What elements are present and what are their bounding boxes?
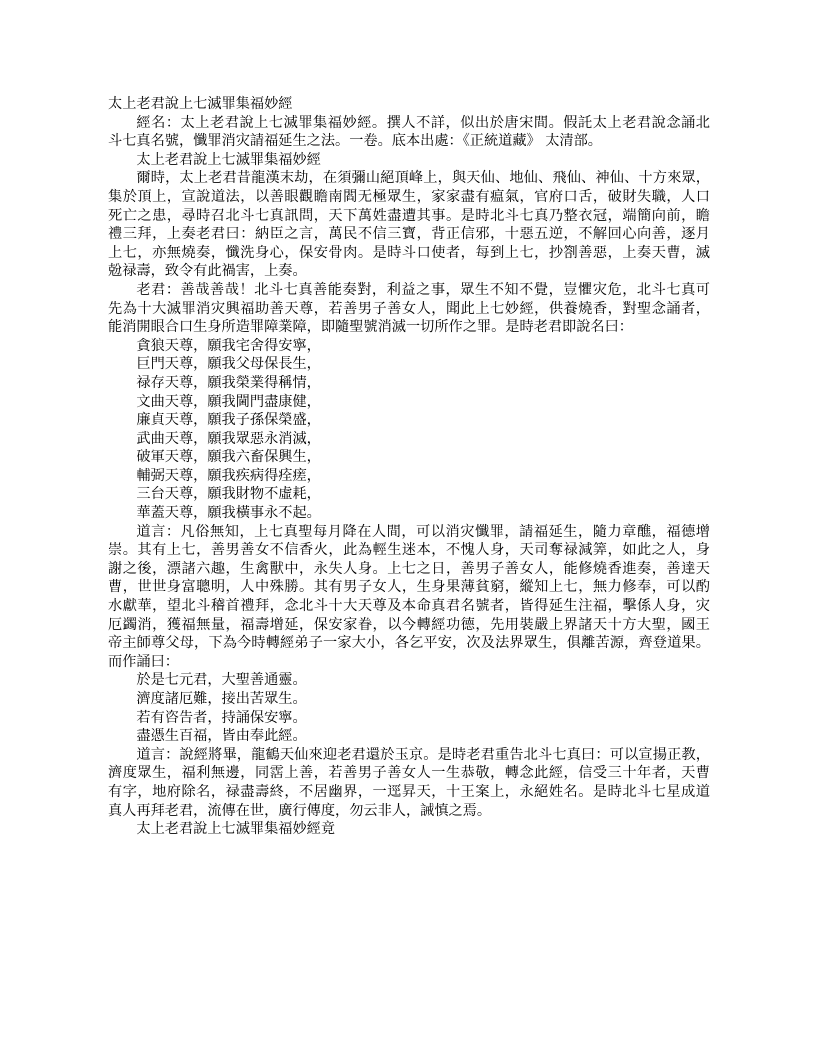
verse-list: 於是七元君，大聖善通靈。 濟度諸厄難，接出苦眾生。 若有咨告者，持誦保安寧。 盡… <box>108 671 710 745</box>
invocation-list: 貪狼天尊，願我宅舍得安寧， 巨門天尊，願我父母保長生， 禄存天尊，願我榮業得稱情… <box>108 337 710 523</box>
p2-line-3: 能消開眼合口生身所造罪障業障，即隨聖號消滅一切所作之罪。是時老君即說名曰： <box>108 318 710 337</box>
closing-title: 太上老君說上七滅罪集福妙經竟 <box>108 820 710 839</box>
invocation-item: 禄存天尊，願我榮業得稱情， <box>108 374 710 393</box>
p3-line-8: 而作誦曰： <box>108 653 710 672</box>
document-subtitle: 太上老君說上七滅罪集福妙經 <box>108 151 710 170</box>
verse-line: 盡憑生百福，皆由奉此經。 <box>108 727 710 746</box>
verse-line: 於是七元君，大聖善通靈。 <box>108 671 710 690</box>
p4-line-4: 真人再拜老君，流傳在世，廣行傳度，勿云非人，誡慎之焉。 <box>108 802 710 821</box>
p1-line-2: 集於頂上，宣說道法，以善眼觀瞻南閻无極眾生，家家盡有瘟氣，官府口舌，破財失職，人… <box>108 188 710 207</box>
invocation-item: 廉貞天尊，願我子孫保榮盛， <box>108 411 710 430</box>
p1-line-4: 禮三拜，上奏老君曰：納臣之言，萬民不信三寶，背正信邪，十惡五逆，不解回心向善，逐… <box>108 225 710 244</box>
p4-line-2: 濟度眾生，福利無邊，同霑上善，若善男子善女人一生恭敬，轉念此經，信受三十年者，天… <box>108 764 710 783</box>
p1-line-3: 死亡之患，尋時召北斗七真訊問，天下萬姓盡遭其事。是時北斗七真乃整衣冠，端簡向前，… <box>108 207 710 226</box>
p3-line-3: 謝之後，漂諸六趣，生禽獸中，永失人身。上七之日，善男子善女人，能修燒香進奏，善達… <box>108 560 710 579</box>
paragraph-4: 道言：說經將畢，龍鶴天仙來迎老君還於玉京。是時老君重告北斗七真曰：可以宣揚正教，… <box>108 746 710 820</box>
p3-line-7: 帝主師尊父母，下為今時轉經弟子一家大小，各乞平安，次及法界眾生，俱離苦源，齊登道… <box>108 634 710 653</box>
p3-line-1: 道言：凡俗無知，上七真聖每月降在人間，可以消灾懺罪，請福延生，隨力章醮，福德增 <box>108 523 710 542</box>
verse-line: 若有咨告者，持誦保安寧。 <box>108 709 710 728</box>
paragraph-3: 道言：凡俗無知，上七真聖每月降在人間，可以消灾懺罪，請福延生，隨力章醮，福德增 … <box>108 523 710 672</box>
intro-line-2: 斗七真名號，懺罪消灾請福延生之法。一卷。底本出處：《正統道藏》 太清部。 <box>108 132 710 151</box>
p1-line-5: 上七，亦無燒奏，懺洗身心，保安骨肉。是時斗口使者，每到上七，抄劄善惡，上奏天曹，… <box>108 244 710 263</box>
invocation-item: 三台天尊，願我財物不虛耗， <box>108 485 710 504</box>
intro-paragraph: 經名：太上老君說上七滅罪集福妙經。撰人不詳，似出於唐宋間。假託太上老君說念誦北 … <box>108 114 710 151</box>
verse-line: 濟度諸厄難，接出苦眾生。 <box>108 690 710 709</box>
p2-line-2: 先為十大滅罪消灾興福助善天尊，若善男子善女人，聞此上七妙經，供養燒香，對聖念誦者… <box>108 300 710 319</box>
invocation-item: 輔弼天尊，願我疾病得痊瘥， <box>108 467 710 486</box>
p4-line-1: 道言：說經將畢，龍鶴天仙來迎老君還於玉京。是時老君重告北斗七真曰：可以宣揚正教， <box>108 746 710 765</box>
document-title: 太上老君說上七滅罪集福妙經 <box>108 95 710 114</box>
p3-line-5: 水獻華，望北斗稽首禮拜，念北斗十大天尊及本命真君名號者，皆得延生注福，擊係人身，… <box>108 597 710 616</box>
invocation-item: 貪狼天尊，願我宅舍得安寧， <box>108 337 710 356</box>
invocation-item: 華蓋天尊，願我橫事永不起。 <box>108 504 710 523</box>
p3-line-2: 崇。其有上七，善男善女不信香火，此為輕生迷本，不愧人身，天司奪禄減筭，如此之人，… <box>108 541 710 560</box>
p3-line-6: 厄蠲消，獲福無量，福壽增延，保安家眷，以今轉經功德，先用裝嚴上界諸天十方大聖，國… <box>108 616 710 635</box>
paragraph-1: 爾時，太上老君昔龍漢末劫，在須彌山絕頂峰上，與天仙、地仙、飛仙、神仙、十方來眾，… <box>108 169 710 281</box>
p2-line-1: 老君：善哉善哉！北斗七真善能奏對，利益之事，眾生不知不覺，豈懼灾危，北斗七真可 <box>108 281 710 300</box>
p1-line-1: 爾時，太上老君昔龍漢末劫，在須彌山絕頂峰上，與天仙、地仙、飛仙、神仙、十方來眾， <box>108 169 710 188</box>
paragraph-2: 老君：善哉善哉！北斗七真善能奏對，利益之事，眾生不知不覺，豈懼灾危，北斗七真可 … <box>108 281 710 337</box>
invocation-item: 巨門天尊，願我父母保長生， <box>108 355 710 374</box>
p4-line-3: 有字，地府除名，禄盡壽終，不居幽界，一逕昇天，十王案上，永絕姓名。是時北斗七星成… <box>108 783 710 802</box>
invocation-item: 文曲天尊，願我閫門盡康健， <box>108 393 710 412</box>
intro-line-1: 經名：太上老君說上七滅罪集福妙經。撰人不詳，似出於唐宋間。假託太上老君說念誦北 <box>108 114 710 133</box>
invocation-item: 武曲天尊，願我眾惡永消滅， <box>108 430 710 449</box>
p3-line-4: 曹，世世身富聰明，人中殊勝。其有男子女人，生身果薄貧窮，縱知上七，無力修奉，可以… <box>108 578 710 597</box>
p1-line-6: 兝禄壽，致令有此禍害，上奏。 <box>108 262 710 281</box>
document-page: 太上老君說上七滅罪集福妙經 經名：太上老君說上七滅罪集福妙經。撰人不詳，似出於唐… <box>108 95 710 839</box>
invocation-item: 破軍天尊，願我六畜保興生， <box>108 448 710 467</box>
